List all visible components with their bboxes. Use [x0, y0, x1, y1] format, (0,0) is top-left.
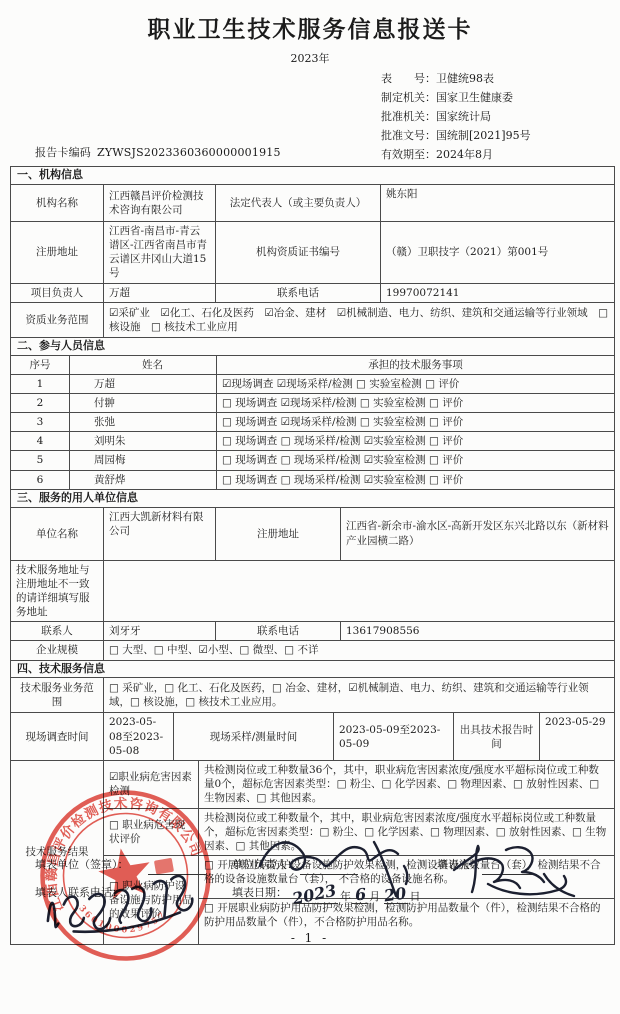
sampling-time-label: 现场采样/测量时间 [173, 713, 333, 760]
date-day-blank [384, 902, 408, 904]
date-year-blank [294, 902, 338, 904]
project-manager-label: 项目负责人 [11, 284, 103, 302]
meta-label: 制定机关： [381, 91, 436, 104]
section3-header: 三、服务的用人单位信息 [11, 489, 614, 507]
report-year: 2023年 [0, 52, 620, 67]
meta-value: 2024年8月 [436, 148, 493, 161]
section2-header: 二、参与人员信息 [11, 337, 614, 355]
org-phone-value: 19970072141 [380, 284, 614, 302]
meta-label: 表 号： [381, 72, 436, 85]
sampling-time-value: 2023-05-09至2023-05-09 [333, 713, 453, 760]
fill-date-label: 填表日期： [232, 886, 287, 901]
employer-addr-value: 江西省-新余市-渝水区-高新开发区东兴北路以东（新材料产业园横二路） [340, 508, 614, 560]
scale-label: 企业规模 [11, 641, 103, 659]
person-name: 张弛 [69, 413, 216, 431]
project-manager-row: 项目负责人 万超 联系电话 19970072141 [11, 283, 614, 302]
company-seal-stamp: 江西赣昌评价检测技术咨询有限公司 360100029757 [24, 774, 227, 977]
employer-name-label: 单位名称 [11, 508, 103, 560]
report-code-label: 报告卡编码 [35, 146, 91, 159]
people-header-row: 序号 姓名 承担的技术服务事项 [11, 355, 614, 374]
org-name-value: 江西赣昌评价检测技术咨询有限公司 [103, 185, 215, 221]
person-services-checkboxes: □ 现场调查 ☑现场采样/检测 □ 实验室检测 □ 评价 [216, 394, 614, 412]
person-name: 万超 [69, 375, 216, 393]
person-row: 1 万超 ☑现场调查 ☑现场采样/检测 □ 实验室检测 □ 评价 [11, 374, 614, 393]
contact-label: 联系人 [11, 622, 103, 640]
employer-phone-label: 联系电话 [215, 622, 340, 640]
month-suffix: 月 [369, 890, 380, 903]
person-services-checkboxes: □ 现场调查 ☑现场采样/检测 □ 实验室检测 □ 评价 [216, 413, 614, 431]
service-scope-label: 技术服务业务范围 [11, 678, 103, 712]
person-services-checkboxes: ☑现场调查 ☑现场采样/检测 □ 实验室检测 □ 评价 [216, 375, 614, 393]
person-no: 6 [11, 471, 69, 489]
page-number: - 1 - [0, 930, 620, 946]
result-detection-text: 共检测岗位或工种数量36个，其中，职业病危害因素浓度/强度水平超标岗位或工种数量… [198, 761, 614, 808]
person-name: 付翀 [69, 394, 216, 412]
date-month-blank [352, 902, 368, 904]
col-services-header: 承担的技术服务事项 [216, 356, 614, 374]
year-suffix: 年 [340, 890, 351, 903]
result-evaluation-text: 共检测岗位或工种数量个，其中，职业病危害因素浓度/强度水平超标岗位或工种数量个，… [198, 809, 614, 856]
survey-time-label: 现场调查时间 [11, 713, 103, 760]
person-name: 周园梅 [69, 451, 216, 469]
cert-number-value: （赣）卫职技字（2021）第001号 [380, 222, 614, 283]
org-addr-value: 江西省-南昌市-青云谱区-江西省南昌市青云谱区井冈山大道15号 [103, 222, 215, 283]
person-row: 2 付翀 □ 现场调查 ☑现场采样/检测 □ 实验室检测 □ 评价 [11, 393, 614, 412]
service-scope-checkboxes: □ 采矿业，□ 化工、石化及医药，□ 冶金、建材，☑机械制造、电力、纺织、建筑和… [103, 678, 614, 712]
employer-addr-label: 注册地址 [215, 508, 340, 560]
meta-issuing-agency: 制定机关：国家卫生健康委 [381, 91, 531, 110]
seal-overprint-mark [154, 858, 174, 875]
meta-label: 批准机关： [381, 110, 436, 123]
form-meta-block: 表 号：卫健统98表 制定机关：国家卫生健康委 批准机关：国家统计局 批准文号：… [381, 72, 531, 167]
handwritten-year: 2023 [290, 880, 338, 910]
meta-value: 卫健统98表 [436, 72, 494, 85]
employer-name-value: 江西大凯新材料有限公司 [103, 508, 215, 560]
employer-phone-value: 13617908556 [340, 622, 614, 640]
meta-approval-number: 批准文号：国统制[2021]95号 [381, 129, 531, 148]
survey-time-value: 2023-05-08至2023-05-08 [103, 713, 173, 760]
org-scope-checkboxes: ☑采矿业 ☑化工、石化及医药 ☑冶金、建材 ☑机械制造、电力、纺织、建筑和交通运… [103, 303, 614, 337]
service-dates-row: 现场调查时间 2023-05-08至2023-05-08 现场采样/测量时间 2… [11, 712, 614, 760]
org-scope-row: 资质业务范围 ☑采矿业 ☑化工、石化及医药 ☑冶金、建材 ☑机械制造、电力、纺织… [11, 302, 614, 337]
meta-value: 国家卫生健康委 [436, 91, 513, 104]
section1-title: 一、机构信息 [11, 167, 614, 184]
person-no: 4 [11, 432, 69, 450]
section4-title: 四、技术服务信息 [11, 661, 614, 678]
person-no: 3 [11, 413, 69, 431]
meta-value: 国家统计局 [436, 110, 491, 123]
employer-name-row: 单位名称 江西大凯新材料有限公司 注册地址 江西省-新余市-渝水区-高新开发区东… [11, 507, 614, 560]
org-name-label: 机构名称 [11, 185, 103, 221]
employer-contact-row: 联系人 刘牙牙 联系电话 13617908556 [11, 621, 614, 640]
meta-label: 有效期至： [381, 148, 436, 161]
meta-label: 批准文号： [381, 129, 436, 142]
person-services-checkboxes: □ 现场调查 □ 现场采样/检测 ☑实验室检测 □ 评价 [216, 451, 614, 469]
section2-title: 二、参与人员信息 [11, 338, 614, 355]
person-no: 1 [11, 375, 69, 393]
report-card-page: 职业卫生技术服务信息报送卡 2023年 表 号：卫健统98表 制定机关：国家卫生… [0, 0, 620, 1014]
unit-head-label: 单位负责人： [232, 858, 298, 873]
meta-value: 国统制[2021]95号 [436, 129, 531, 142]
report-code-value: ZYWSJS2023360360000001915 [97, 146, 281, 159]
legal-rep-label: 法定代表人（或主要负责人） [215, 185, 380, 221]
person-no: 2 [11, 394, 69, 412]
col-no-header: 序号 [11, 356, 69, 374]
person-row: 6 黄舒烨 □ 现场调查 □ 现场采样/检测 ☑实验室检测 □ 评价 [11, 470, 614, 489]
org-addr-row: 注册地址 江西省-南昌市-青云谱区-江西省南昌市青云谱区井冈山大道15号 机构资… [11, 221, 614, 283]
section3-title: 三、服务的用人单位信息 [11, 490, 614, 507]
org-phone-label: 联系电话 [215, 284, 380, 302]
report-code-line: 报告卡编码ZYWSJS2023360360000001915 [35, 146, 281, 161]
report-time-value: 2023-05-29 [539, 713, 614, 760]
report-time-label: 出具技术报告时间 [453, 713, 539, 760]
col-name-header: 姓名 [69, 356, 216, 374]
service-scope-row: 技术服务业务范围 □ 采矿业，□ 化工、石化及医药，□ 冶金、建材，☑机械制造、… [11, 677, 614, 712]
legal-rep-value: 姚东阳 [380, 185, 614, 221]
section1-header: 一、机构信息 [11, 167, 614, 184]
person-row: 3 张弛 □ 现场调查 ☑现场采样/检测 □ 实验室检测 □ 评价 [11, 412, 614, 431]
employer-scale-row: 企业规模 □ 大型、□ 中型、☑小型、□ 微型、□ 不详 [11, 640, 614, 659]
scale-checkboxes: □ 大型、□ 中型、☑小型、□ 微型、□ 不详 [103, 641, 614, 659]
person-row: 5 周园梅 □ 现场调查 □ 现场采样/检测 ☑实验室检测 □ 评价 [11, 450, 614, 469]
org-name-row: 机构名称 江西赣昌评价检测技术咨询有限公司 法定代表人（或主要负责人） 姚东阳 [11, 184, 614, 221]
meta-approving-agency: 批准机关：国家统计局 [381, 110, 531, 129]
service-addr-value [103, 561, 614, 622]
form-filler-blank [482, 873, 537, 875]
meta-valid-until: 有效期至：2024年8月 [381, 148, 531, 167]
cert-number-label: 机构资质证书编号 [215, 222, 380, 283]
person-row: 4 刘明朱 □ 现场调查 □ 现场采样/检测 ☑实验室检测 □ 评价 [11, 431, 614, 450]
meta-form-number: 表 号：卫健统98表 [381, 72, 531, 91]
org-addr-label: 注册地址 [11, 222, 103, 283]
person-services-checkboxes: □ 现场调查 □ 现场采样/检测 ☑实验室检测 □ 评价 [216, 471, 614, 489]
page-title: 职业卫生技术服务信息报送卡 [0, 14, 620, 45]
day-suffix: 日 [409, 890, 420, 903]
service-addr-row: 技术服务地址与注册地址不一致的请详细填写服务地址 [11, 560, 614, 622]
org-scope-label: 资质业务范围 [11, 303, 103, 337]
person-name: 黄舒烨 [69, 471, 216, 489]
contact-value: 刘牙牙 [103, 622, 215, 640]
person-services-checkboxes: □ 现场调查 □ 现场采样/检测 ☑实验室检测 □ 评价 [216, 432, 614, 450]
section4-header: 四、技术服务信息 [11, 660, 614, 678]
form-filler-label: 填表人： [437, 858, 481, 873]
person-name: 刘明朱 [69, 432, 216, 450]
seal-star-icon [95, 844, 155, 901]
service-addr-label: 技术服务地址与注册地址不一致的请详细填写服务地址 [11, 561, 103, 622]
project-manager-value: 万超 [103, 284, 215, 302]
unit-head-blank [300, 873, 358, 875]
person-no: 5 [11, 451, 69, 469]
